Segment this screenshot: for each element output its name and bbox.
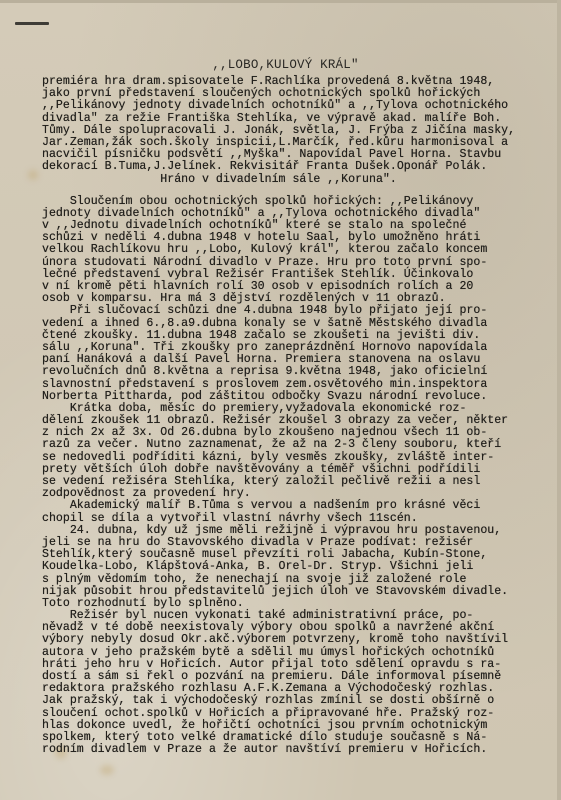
text-line: velkou Rachlíkovu hru ,,Lobo, Kulový krá… [42, 244, 512, 256]
paper-stain [100, 765, 114, 775]
paragraph-rehearsals: Při slučovací schůzi dne 4.dubna 1948 by… [42, 305, 512, 403]
paragraph-visit: 24. dubna, kdy už jsme měli režijně i vý… [42, 525, 512, 610]
text-line: razů za večer. Nutno zaznamenat, že až n… [42, 439, 512, 451]
page-top-edge [0, 0, 561, 3]
text-line: se nedovedli podříditi kázni, byly vesmě… [42, 452, 512, 464]
document-body: premiéra hra dram.spisovatele F.Rachlíka… [42, 76, 512, 756]
text-line: Akademický malíř B.Tůma s vervou a nadše… [42, 500, 512, 512]
text-line: divadla" za režie Františka Stehlíka, ve… [42, 113, 512, 125]
document-page: ,,LOBO,KULOVÝ KRÁL" premiéra hra dram.sp… [0, 0, 561, 800]
paragraph-administration: Režisér byl nucen vykonati také administ… [42, 610, 512, 756]
text-line: února studovati Národní divadlo v Praze.… [42, 257, 512, 269]
page-right-edge [557, 0, 561, 800]
paragraph-merger: Sloučením obou ochotnických spolků hořic… [42, 196, 512, 306]
text-line: Při slučovací schůzi dne 4.dubna 1948 by… [42, 305, 512, 317]
paragraph-short-time: Krátka doba, měsíc do premiery,vyžadoval… [42, 403, 512, 501]
paragraph-painter: Akademický malíř B.Tůma s vervou a nadše… [42, 500, 512, 524]
dash-mark [15, 22, 49, 25]
text-line: Koudelka-Lobo, Klápštová-Anka, B. Orel-D… [42, 561, 512, 573]
text-line: Hráno v divadelním sále ,,Koruna". [42, 174, 512, 186]
text-line: slavnostní představení s proslovem zem.o… [42, 379, 512, 391]
text-line: vedení a ihned 6.,8.a9.dubna konaly se v… [42, 318, 512, 330]
text-line: autora v jeho pražském bytě a sdělil mu … [42, 647, 512, 659]
paragraph-intro: premiéra hra dram.spisovatele F.Rachlíka… [42, 76, 512, 186]
text-line: chopil se díla a vytvořil vlastní návrhy… [42, 513, 512, 525]
text-line: sloučení ochot.spolků v Hořicích a připr… [42, 708, 512, 720]
text-line: dekorací B.Tuma,J.Jelínek. Rekvisitář Fr… [42, 161, 512, 173]
text-line: Jak pražský, tak i východočeský rozhlas … [42, 695, 512, 707]
text-line: ,,Pelikánovy jednoty divadelních ochotní… [42, 100, 512, 112]
text-line: revolučních dnů 8.května a reprisa 9.kvě… [42, 366, 512, 378]
text-line: rodním divadlem v Praze a že autor navšt… [42, 744, 512, 756]
text-line: výbory nebyly dosud Okr.akč.výborem potv… [42, 634, 512, 646]
text-line: s plným vědomím toho, že nenechají na sv… [42, 574, 512, 586]
document-title: ,,LOBO,KULOVÝ KRÁL" [0, 58, 561, 72]
paper-stain [28, 170, 38, 180]
